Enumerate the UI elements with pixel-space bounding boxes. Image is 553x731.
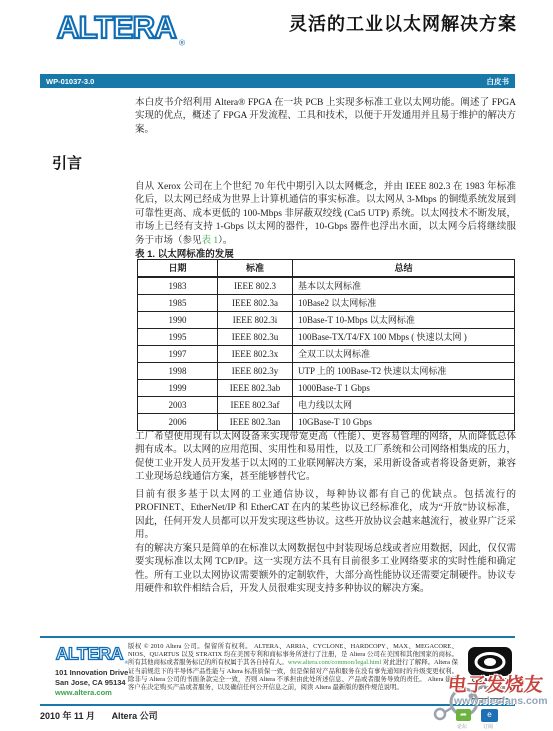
- table-row: 2006IEEE 802.3an10GBase-T 10 Gbps: [138, 414, 515, 431]
- table-cell: 1000Base-T 1 Gbps: [293, 380, 515, 397]
- table-cell: 1983: [138, 277, 218, 295]
- table1-link[interactable]: 表 1: [202, 236, 219, 246]
- publication-date: 2010 年 11 月: [40, 711, 95, 721]
- address-line: San Jose, CA 95134: [55, 678, 126, 687]
- table-row: 1983IEEE 802.3基本以太网标准: [138, 277, 515, 295]
- paragraph-text: 自从 Xerox 公司在上个世纪 70 年代中期引入以太网概念，并由 IEEE …: [135, 182, 516, 246]
- date-line: 2010 年 11 月 Altera 公司: [40, 709, 158, 722]
- ethernet-standards-table-body: 1983IEEE 802.3基本以太网标准1985IEEE 802.3a10Ba…: [138, 277, 515, 431]
- iso-label: ISO 9001:2008: [467, 685, 513, 690]
- altera-footer-logo: ALTERA ®: [53, 641, 131, 667]
- altera-website-link[interactable]: www.altera.com: [55, 688, 128, 698]
- abstract-paragraph: 本白皮书介绍利用 Altera® FPGA 在一块 PCB 上实现多标准工业以太…: [135, 97, 516, 137]
- column-header-summary: 总结: [293, 260, 515, 278]
- altera-logo-text: ALTERA: [57, 10, 176, 45]
- forum-icon-label: 论坛: [457, 723, 467, 730]
- paragraph-solutions: 有的解决方案只是简单的在标准以太网数据包中封装现场总线或者应用数据，因此，仅仅需…: [135, 543, 516, 597]
- company-address: 101 Innovation Drive San Jose, CA 95134 …: [55, 668, 128, 698]
- quality-badge-icon: [468, 647, 512, 676]
- table-cell: IEEE 802.3af: [218, 397, 293, 414]
- altera-logo: ALTERA ®: [52, 6, 190, 50]
- paragraph-factory-needs: 工厂希望使用现有以太网设备来实现带宽更高（性能）、更容易管理的网络，从而降低总体…: [135, 431, 516, 485]
- table-cell: 10Base-T 10-Mbps 以太网标准: [293, 312, 515, 329]
- table-cell: 电力线以太网: [293, 397, 515, 414]
- column-header-standard: 标准: [218, 260, 293, 278]
- forum-icon[interactable]: ➦: [456, 709, 471, 721]
- table-cell: IEEE 802.3y: [218, 363, 293, 380]
- table-cell: 1998: [138, 363, 218, 380]
- legal-notice: 版权 © 2010 Altera 公司。保留所有权利。 ALTERA、ARRIA…: [128, 643, 458, 692]
- page-title: 灵活的工业以太网解决方案: [289, 10, 517, 36]
- table-row: 1999IEEE 802.3ab1000Base-T 1 Gbps: [138, 380, 515, 397]
- footer-top-rule: [40, 636, 515, 638]
- table-row: 1998IEEE 802.3yUTP 上的 100Base-T2 快速以太网标准: [138, 363, 515, 380]
- table-cell: 10GBase-T 10 Gbps: [293, 414, 515, 431]
- table-caption: 表 1. 以太网标准的发展: [135, 246, 234, 260]
- footer-bottom-rule: [40, 704, 515, 706]
- paragraph-text: ）。: [218, 236, 232, 246]
- whitepaper-page: ALTERA ® 灵活的工业以太网解决方案 WP-01037-3.0 白皮书 本…: [0, 0, 553, 731]
- table-cell: 1997: [138, 346, 218, 363]
- table-cell: IEEE 802.3a: [218, 295, 293, 312]
- address-line: 101 Innovation Drive: [55, 668, 128, 677]
- altera-footer-logo-text: ALTERA: [56, 644, 124, 664]
- table-row: 1995IEEE 802.3u100Base-TX/T4/FX 100 Mbps…: [138, 329, 515, 346]
- paragraph-protocols: 目前有很多基于以太网的工业通信协议，每种协议都有自己的优缺点。包括流行的 PRO…: [135, 489, 516, 543]
- section-heading-introduction: 引言: [52, 152, 82, 173]
- column-header-date: 日期: [138, 260, 218, 278]
- ethernet-standards-table: 日期 标准 总结 1983IEEE 802.3基本以太网标准1985IEEE 8…: [137, 259, 515, 431]
- table-cell: IEEE 802.3i: [218, 312, 293, 329]
- legal-url-link[interactable]: www.altera.com/common/legal.html: [288, 659, 381, 666]
- document-id-bar: WP-01037-3.0 白皮书: [40, 74, 515, 88]
- table-cell: UTP 上的 100Base-T2 快速以太网标准: [293, 363, 515, 380]
- table-cell: IEEE 802.3: [218, 277, 293, 295]
- quality-label: QUALITY: [467, 678, 513, 684]
- table-cell: IEEE 802.3x: [218, 346, 293, 363]
- table-cell: IEEE 802.3ab: [218, 380, 293, 397]
- table-row: 1997IEEE 802.3x全双工以太网标准: [138, 346, 515, 363]
- table-cell: 1990: [138, 312, 218, 329]
- subscribe-icon[interactable]: e: [481, 709, 498, 722]
- table-row: 1985IEEE 802.3a10Base2 以太网标准: [138, 295, 515, 312]
- table-cell: 基本以太网标准: [293, 277, 515, 295]
- table-cell: 2003: [138, 397, 218, 414]
- table-cell: 1999: [138, 380, 218, 397]
- paragraph-ethernet-history: 自从 Xerox 公司在上个世纪 70 年代中期引入以太网概念，并由 IEEE …: [135, 181, 516, 248]
- table-header-row: 日期 标准 总结: [138, 260, 515, 278]
- table-cell: 2006: [138, 414, 218, 431]
- subscribe-icon-label: 订阅: [483, 723, 493, 730]
- table-cell: 1985: [138, 295, 218, 312]
- document-type-label: 白皮书: [487, 76, 510, 87]
- eye-icon: [473, 651, 507, 673]
- table-cell: 100Base-TX/T4/FX 100 Mbps ( 快速以太网 ): [293, 329, 515, 346]
- table-cell: 10Base2 以太网标准: [293, 295, 515, 312]
- registered-mark: ®: [179, 38, 185, 47]
- table-row: 2003IEEE 802.3af电力线以太网: [138, 397, 515, 414]
- company-name: Altera 公司: [112, 711, 158, 721]
- document-number: WP-01037-3.0: [46, 77, 94, 86]
- table-cell: 全双工以太网标准: [293, 346, 515, 363]
- table-row: 1990IEEE 802.3i10Base-T 10-Mbps 以太网标准: [138, 312, 515, 329]
- table-cell: IEEE 802.3u: [218, 329, 293, 346]
- table-cell: 1995: [138, 329, 218, 346]
- table-cell: IEEE 802.3an: [218, 414, 293, 431]
- quality-certification: QUALITY ISO 9001:2008 NSAI Certified: [467, 647, 513, 708]
